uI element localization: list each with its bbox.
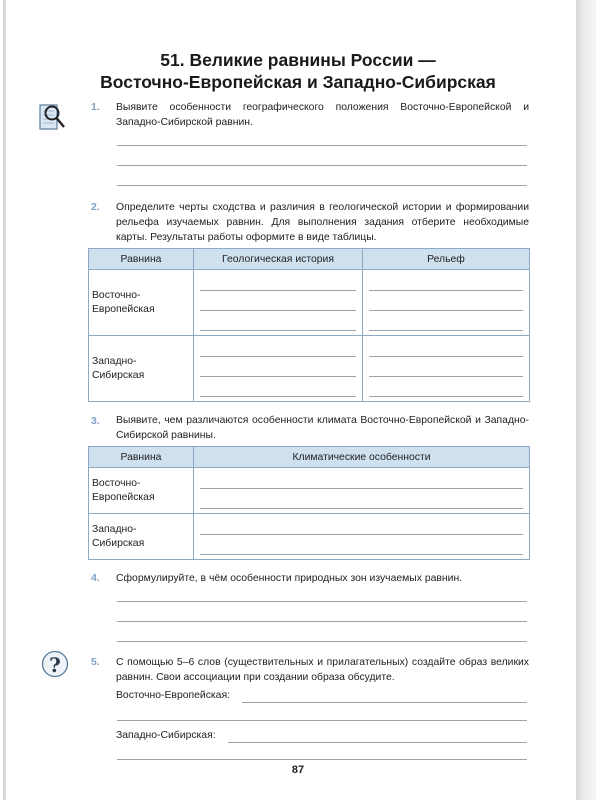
east-european-label: Восточно-Европейская: bbox=[116, 690, 230, 701]
question-circle-icon: ? bbox=[41, 650, 69, 678]
answer-cell[interactable] bbox=[194, 468, 530, 514]
magnifier-document-icon bbox=[37, 102, 69, 134]
row-label: Восточно-Европейская bbox=[89, 468, 194, 514]
task-number: 4. bbox=[91, 572, 100, 584]
answer-cell[interactable] bbox=[194, 514, 530, 560]
task-number: 1. bbox=[91, 101, 100, 113]
row-label: Западно-Сибирская bbox=[89, 336, 194, 402]
task-number: 5. bbox=[91, 656, 100, 668]
task-number: 2. bbox=[91, 201, 100, 213]
west-siberian-answer-line[interactable] bbox=[228, 742, 527, 743]
task-5-text: С помощью 5–6 слов (существительных и пр… bbox=[116, 655, 529, 685]
row-label: Западно-Сибирская bbox=[89, 514, 194, 560]
task-1-text: Выявите особенности географического поло… bbox=[116, 100, 529, 130]
task-2-text: Определите черты сходства и различия в г… bbox=[116, 200, 529, 245]
climate-table: Равнина Климатические особенности Восточ… bbox=[88, 446, 530, 560]
page-title-line2: Восточно-Европейская и Западно-Сибирская bbox=[0, 72, 596, 93]
answer-line[interactable] bbox=[117, 641, 527, 642]
page-right-edge bbox=[576, 0, 596, 800]
answer-line[interactable] bbox=[117, 621, 527, 622]
answer-cell[interactable] bbox=[363, 336, 530, 402]
answer-cell[interactable] bbox=[194, 270, 363, 336]
task-4-text: Сформулируйте, в чём особенности природн… bbox=[116, 571, 529, 586]
column-header: Равнина bbox=[89, 447, 194, 468]
column-header: Геологическая история bbox=[194, 249, 363, 270]
column-header: Рельеф bbox=[363, 249, 530, 270]
page-number: 87 bbox=[0, 764, 596, 776]
answer-line[interactable] bbox=[117, 720, 527, 721]
answer-line[interactable] bbox=[117, 759, 527, 760]
page-title-line1: 51. Великие равнины России — bbox=[0, 50, 596, 71]
geology-relief-table: Равнина Геологическая история Рельеф Вос… bbox=[88, 248, 530, 402]
row-label: Восточно-Европейская bbox=[89, 270, 194, 336]
task-3-text: Выявите, чем различаются особенности кли… bbox=[116, 413, 529, 443]
answer-line[interactable] bbox=[117, 601, 527, 602]
column-header: Климатические особенности bbox=[194, 447, 530, 468]
answer-line[interactable] bbox=[117, 185, 527, 186]
east-european-answer-line[interactable] bbox=[242, 702, 527, 703]
task-number: 3. bbox=[91, 415, 100, 427]
svg-text:?: ? bbox=[49, 653, 61, 677]
west-siberian-label: Западно-Сибирская: bbox=[116, 730, 216, 741]
answer-line[interactable] bbox=[117, 145, 527, 146]
answer-cell[interactable] bbox=[363, 270, 530, 336]
column-header: Равнина bbox=[89, 249, 194, 270]
answer-line[interactable] bbox=[117, 165, 527, 166]
answer-cell[interactable] bbox=[194, 336, 363, 402]
